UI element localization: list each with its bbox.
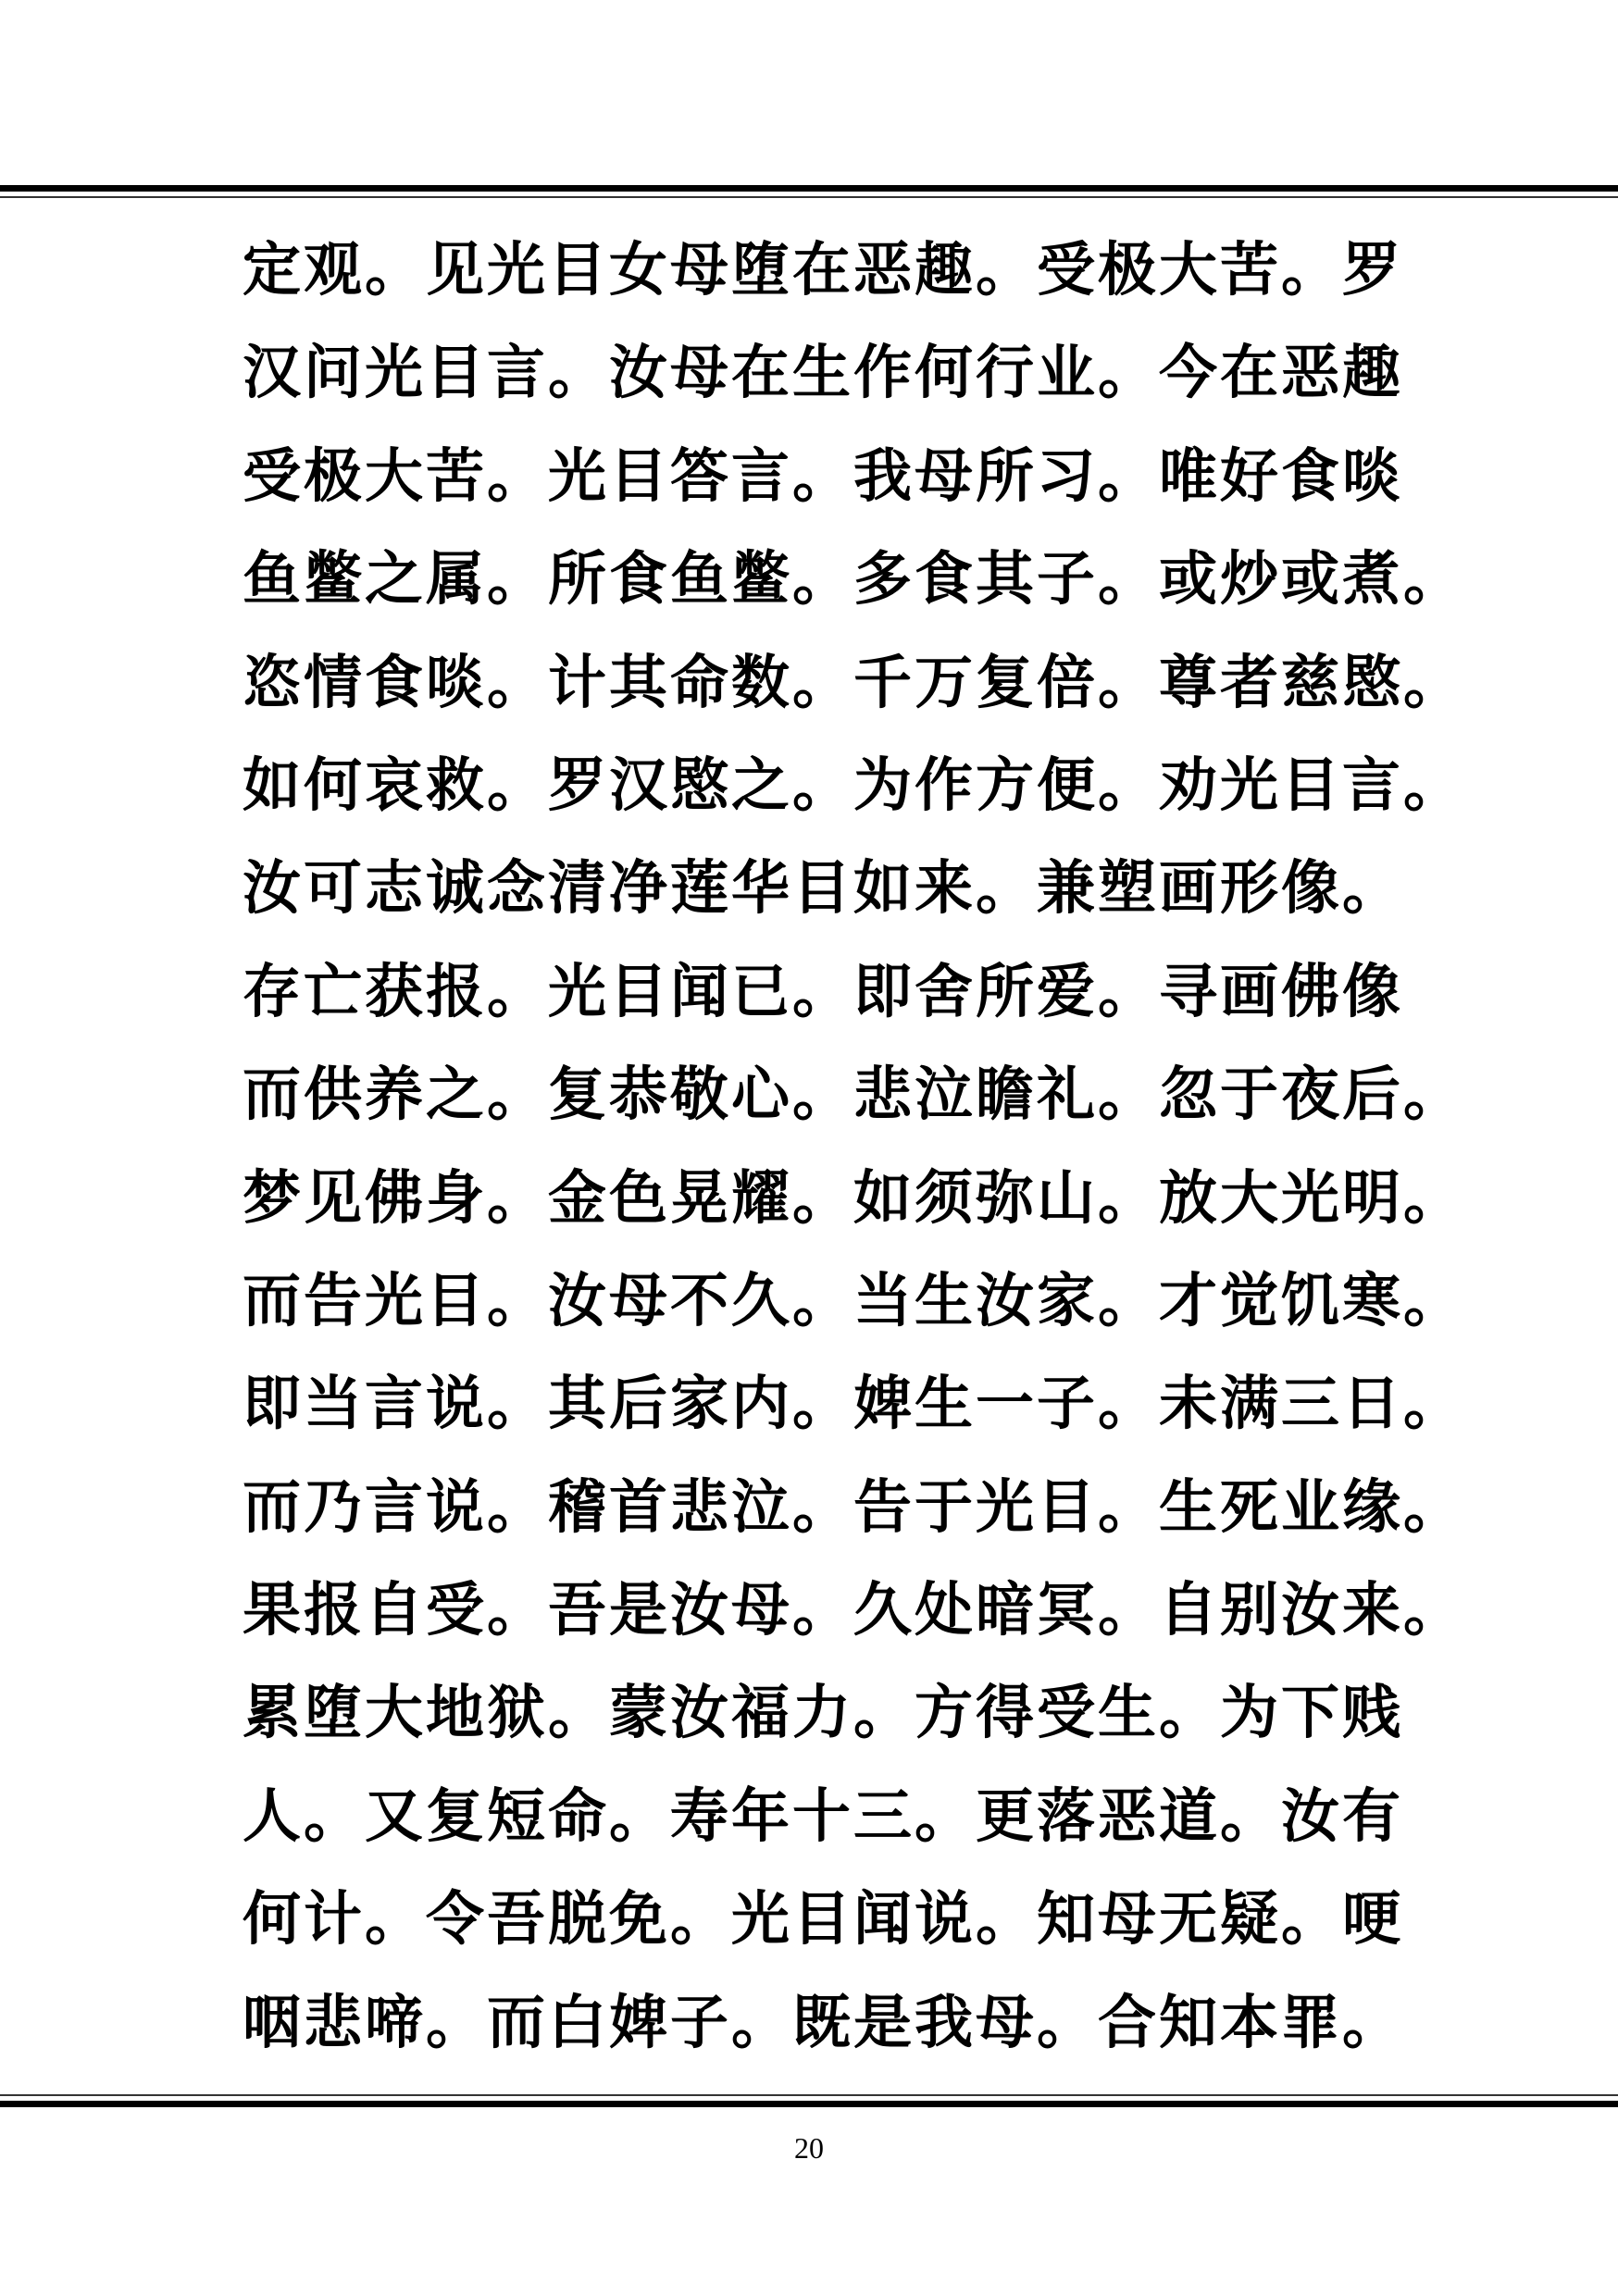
body-text: 定观。见光目女母堕在恶趣。受极大苦。罗 汉问光目言。汝母在生作何行业。今在恶趣 … [243, 218, 1409, 2074]
text-line: 果报自受。吾是汝母。久处暗冥。自别汝来。 [243, 1558, 1409, 1661]
text-line: 鱼鳖之属。所食鱼鳖。多食其子。或炒或煮。 [243, 527, 1409, 630]
text-line: 而供养之。复恭敬心。悲泣瞻礼。忽于夜后。 [243, 1043, 1409, 1146]
text-line: 而乃言说。稽首悲泣。告于光目。生死业缘。 [243, 1456, 1409, 1558]
footer-rule-thin [0, 2094, 1618, 2096]
header-rule-thick [0, 185, 1618, 192]
text-line: 汝可志诚念清净莲华目如来。兼塑画形像。 [243, 837, 1409, 939]
footer-rule-thick [0, 2101, 1618, 2107]
text-line: 梦见佛身。金色晃耀。如须弥山。放大光明。 [243, 1147, 1409, 1249]
text-line: 存亡获报。光目闻已。即舍所爱。寻画佛像 [243, 940, 1409, 1043]
text-line: 受极大苦。光目答言。我母所习。唯好食啖 [243, 425, 1409, 527]
text-line: 累堕大地狱。蒙汝福力。方得受生。为下贱 [243, 1661, 1409, 1764]
page-number: 20 [0, 2131, 1618, 2166]
text-line: 人。又复短命。寿年十三。更落恶道。汝有 [243, 1765, 1409, 1868]
text-line: 汉问光目言。汝母在生作何行业。今在恶趣 [243, 321, 1409, 424]
text-line: 即当言说。其后家内。婢生一子。未满三日。 [243, 1352, 1409, 1455]
text-line: 咽悲啼。而白婢子。既是我母。合知本罪。 [243, 1971, 1409, 2074]
header-rule-thin [0, 196, 1618, 198]
text-line: 如何哀救。罗汉愍之。为作方便。劝光目言。 [243, 734, 1409, 837]
text-line: 定观。见光目女母堕在恶趣。受极大苦。罗 [243, 218, 1409, 321]
text-line: 而告光目。汝母不久。当生汝家。才觉饥寒。 [243, 1249, 1409, 1352]
text-line: 何计。令吾脱免。光目闻说。知母无疑。哽 [243, 1868, 1409, 1970]
text-line: 恣情食啖。计其命数。千万复倍。尊者慈愍。 [243, 631, 1409, 734]
